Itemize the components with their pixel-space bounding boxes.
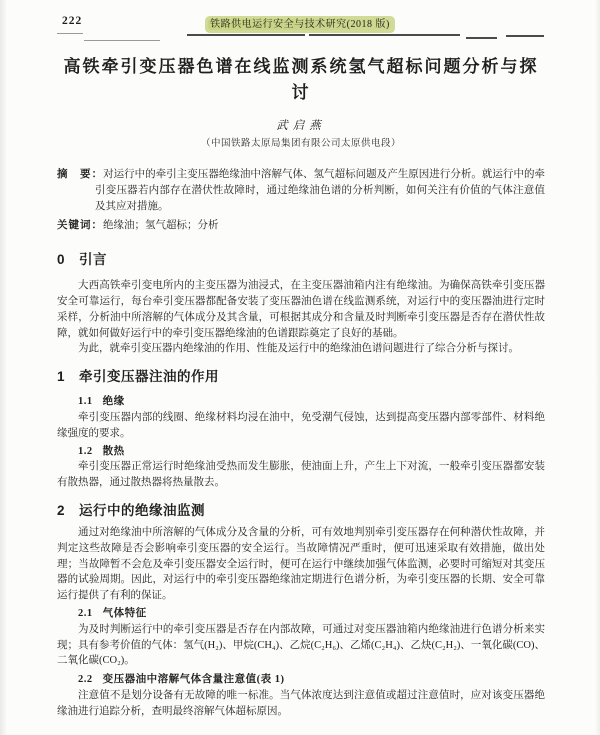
- section-heading-0: 0引言: [57, 250, 545, 269]
- keywords-text: 绝缘油；氢气超标；分析: [103, 220, 219, 231]
- subsection-number: 2.1: [78, 608, 93, 619]
- keywords-label: 关键词：: [57, 219, 103, 231]
- paragraph: 大西高铁牵引变电所内的主变压器为油浸式，在主变压器油箱内注有绝缘油。为确保高铁牵…: [57, 278, 545, 341]
- section-title: 运行中的绝缘油监测: [79, 503, 205, 518]
- section-number: 0: [57, 252, 65, 267]
- abstract-label: 摘 要：: [57, 168, 103, 180]
- scanned-page: 222 铁路供电运行安全与技术研究(2018 版) 高铁牵引变压器色谱在线监测系…: [0, 0, 600, 735]
- abstract-text: 对运行中的牵引主变压器绝缘油中溶解气体、氢气超标问题及产生原因进行分析。就运行中…: [95, 169, 545, 212]
- paragraph: 为及时判断运行中的牵引变压器是否存在内部故障，可通过对变压器油箱内绝缘油进行色谱…: [57, 622, 545, 669]
- article: 高铁牵引变压器色谱在线监测系统氢气超标问题分析与探讨 武启燕 （中国铁路太原局集…: [0, 0, 600, 720]
- subsection-title: 绝缘: [103, 396, 125, 407]
- section-heading-2: 2运行中的绝缘油监测: [57, 501, 545, 520]
- subsection-heading-2-2: 2.2变压器油中溶解气体含量注意值(表 1): [57, 672, 545, 688]
- section-title: 引言: [79, 252, 107, 267]
- author-affiliation: （中国铁路太原局集团有限公司太原供电段）: [57, 138, 545, 151]
- paragraph: 牵引变压器正常运行时绝缘油受热而发生膨胀，使油面上升，产生上下对流，一般牵引变压…: [57, 459, 545, 491]
- paragraph: 牵引变压器内部的线圈、绝缘材料均浸在油中，免受潮气侵蚀，达到提高变压器内部零部件…: [57, 410, 545, 442]
- subsection-number: 1.2: [78, 446, 93, 457]
- subsection-title: 变压器油中溶解气体含量注意值(表 1): [103, 674, 285, 685]
- subsection-title: 散热: [103, 446, 125, 457]
- article-title: 高铁牵引变压器色谱在线监测系统氢气超标问题分析与探讨: [57, 54, 545, 106]
- paragraph: 通过对绝缘油中所溶解的气体成分及含量的分析，可有效地判别牵引变压器存在何种潜伏性…: [57, 525, 545, 604]
- paragraph: 为此，就牵引变压器内绝缘油的作用、性能及运行中的绝缘油色谱问题进行了综合分析与探…: [57, 341, 545, 357]
- section-number: 1: [57, 369, 65, 384]
- subsection-number: 1.1: [78, 396, 93, 407]
- subsection-heading-1-1: 1.1绝缘: [57, 394, 545, 410]
- keywords: 关键词：绝缘油；氢气超标；分析: [57, 218, 545, 234]
- abstract: 摘 要：对运行中的牵引主变压器绝缘油中溶解气体、氢气超标问题及产生原因进行分析。…: [57, 167, 545, 214]
- paragraph: 注意值不是划分设备有无故障的唯一标准。当气体浓度达到注意值或超过注意值时，应对该…: [57, 688, 545, 720]
- subsection-number: 2.2: [78, 674, 93, 685]
- subsection-title: 气体特征: [103, 608, 147, 619]
- section-number: 2: [57, 503, 65, 518]
- subsection-heading-1-2: 1.2散热: [57, 444, 545, 460]
- section-heading-1: 1牵引变压器注油的作用: [57, 367, 545, 386]
- section-title: 牵引变压器注油的作用: [79, 369, 219, 384]
- subsection-heading-2-1: 2.1气体特征: [57, 606, 545, 622]
- author-name: 武启燕: [57, 118, 545, 134]
